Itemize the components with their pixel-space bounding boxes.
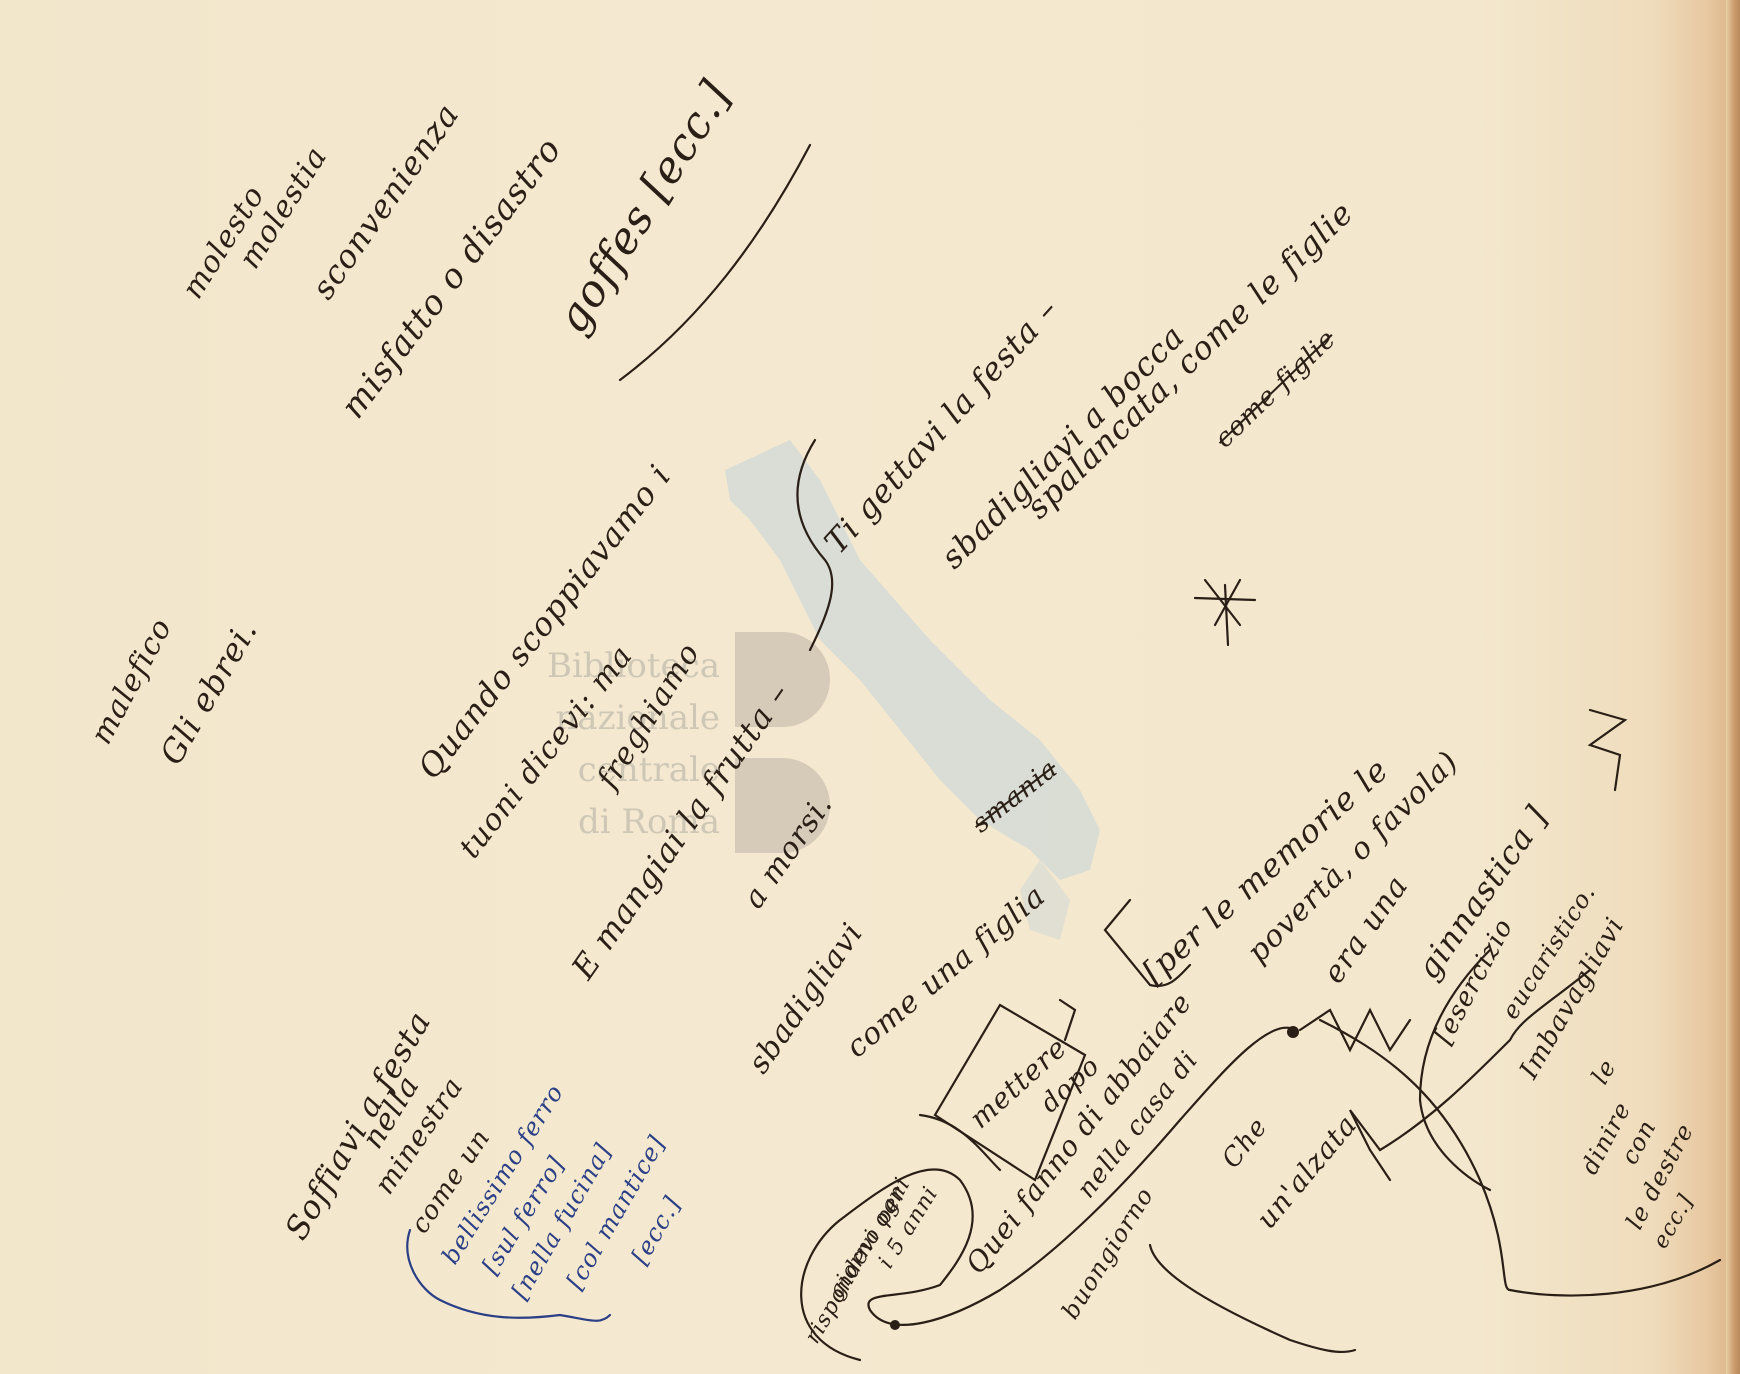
asterisk-icon <box>1195 580 1255 645</box>
manuscript-page: Biblioteca nazionale centrale di Roma <box>0 0 1740 1374</box>
page-binding-edge <box>1726 0 1740 1374</box>
